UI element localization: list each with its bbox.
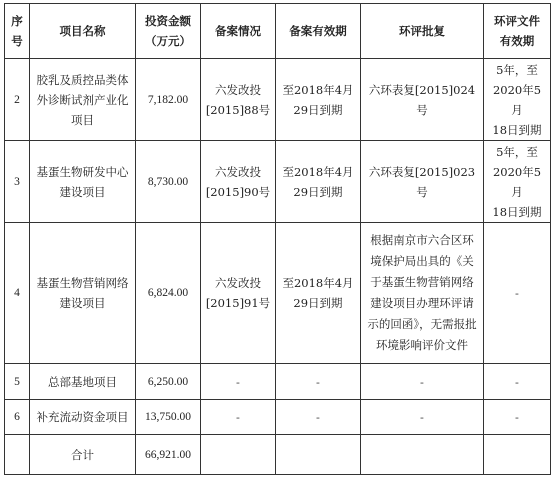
cell-filing: 六发改投[2015]91号	[201, 223, 276, 364]
cell-eia-approval: -	[361, 364, 484, 400]
cell-investment: 7,182.00	[136, 59, 201, 141]
cell-empty	[484, 435, 551, 475]
cell-filing-validity: 至2018年4月29日到期	[276, 141, 361, 223]
cell-empty	[361, 435, 484, 475]
table-row: 2 胶乳及质控品类体外诊断试剂产业化项目 7,182.00 六发改投[2015]…	[5, 59, 551, 141]
cell-empty	[201, 435, 276, 475]
cell-filing-validity: -	[276, 400, 361, 435]
table-row: 5 总部基地项目 6,250.00 - - - -	[5, 364, 551, 400]
cell-eia-approval: -	[361, 400, 484, 435]
cell-seq: 5	[5, 364, 30, 400]
cell-name: 基蛋生物研发中心建设项目	[30, 141, 136, 223]
cell-name: 基蛋生物营销网络建设项目	[30, 223, 136, 364]
cell-filing-validity: 至2018年4月29日到期	[276, 223, 361, 364]
investment-projects-table: 序号 项目名称 投资金额（万元） 备案情况 备案有效期 环评批复 环评文件有效期…	[4, 3, 551, 475]
cell-name: 总部基地项目	[30, 364, 136, 400]
cell-seq: 3	[5, 141, 30, 223]
cell-eia-validity: -	[484, 400, 551, 435]
header-filing-validity: 备案有效期	[276, 4, 361, 59]
cell-filing: -	[201, 400, 276, 435]
cell-investment: 6,250.00	[136, 364, 201, 400]
cell-filing-validity: -	[276, 364, 361, 400]
cell-eia-approval: 六环表复[2015]024号	[361, 59, 484, 141]
cell-eia-validity: -	[484, 364, 551, 400]
cell-filing: -	[201, 364, 276, 400]
header-filing: 备案情况	[201, 4, 276, 59]
cell-seq-empty	[5, 435, 30, 475]
cell-filing-validity: 至2018年4月29日到期	[276, 59, 361, 141]
cell-investment: 6,824.00	[136, 223, 201, 364]
cell-seq: 4	[5, 223, 30, 364]
cell-investment: 13,750.00	[136, 400, 201, 435]
header-seq: 序号	[5, 4, 30, 59]
header-row: 序号 项目名称 投资金额（万元） 备案情况 备案有效期 环评批复 环评文件有效期	[5, 4, 551, 59]
cell-filing: 六发改投[2015]90号	[201, 141, 276, 223]
cell-seq: 6	[5, 400, 30, 435]
table-row: 6 补充流动资金项目 13,750.00 - - - -	[5, 400, 551, 435]
cell-name: 补充流动资金项目	[30, 400, 136, 435]
total-label: 合计	[30, 435, 136, 475]
cell-empty	[276, 435, 361, 475]
cell-eia-approval: 根据南京市六合区环境保护局出具的《关于基蛋生物营销网络建设项目办理环评请示的回函…	[361, 223, 484, 364]
header-eia-approval: 环评批复	[361, 4, 484, 59]
cell-eia-validity: 5年，至2020年5月18日到期	[484, 141, 551, 223]
total-investment: 66,921.00	[136, 435, 201, 475]
cell-eia-approval: 六环表复[2015]023号	[361, 141, 484, 223]
cell-name: 胶乳及质控品类体外诊断试剂产业化项目	[30, 59, 136, 141]
header-investment: 投资金额（万元）	[136, 4, 201, 59]
table-row: 4 基蛋生物营销网络建设项目 6,824.00 六发改投[2015]91号 至2…	[5, 223, 551, 364]
header-name: 项目名称	[30, 4, 136, 59]
cell-eia-validity: 5年，至2020年5月18日到期	[484, 59, 551, 141]
cell-investment: 8,730.00	[136, 141, 201, 223]
header-eia-validity: 环评文件有效期	[484, 4, 551, 59]
cell-eia-validity: -	[484, 223, 551, 364]
total-row: 合计 66,921.00	[5, 435, 551, 475]
table-row: 3 基蛋生物研发中心建设项目 8,730.00 六发改投[2015]90号 至2…	[5, 141, 551, 223]
cell-seq: 2	[5, 59, 30, 141]
cell-filing: 六发改投[2015]88号	[201, 59, 276, 141]
